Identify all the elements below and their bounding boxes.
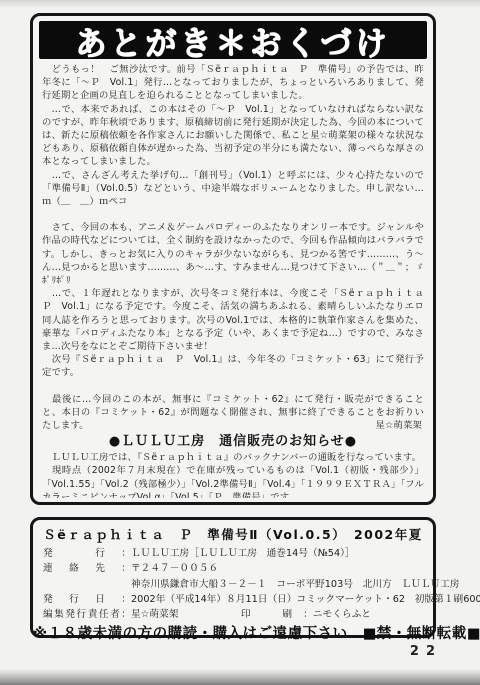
colophon-row-contact: 連絡先： 〒２４７－００５６ bbox=[33, 561, 433, 576]
mailorder-paragraph: ＬＵＬＵ工房では、『Ｓëｒａｐｈｉｔａ』のバックナンバーの通販を行なっています。 bbox=[42, 451, 424, 464]
colophon-value: 星☆萌菜架 bbox=[131, 607, 178, 622]
afterword-paragraph: 次号『Ｓëｒａｐｈｉｔａ Ｐ Vol.1』は、今年冬の「コミケット・63」にて発… bbox=[42, 353, 424, 379]
colophon-value: 神奈川県鎌倉市大船３－２－１ コーポ平野103号 北川方 ＬＵＬＵ工房 bbox=[131, 577, 460, 592]
colophon-label: 編集発行責任者： bbox=[43, 607, 131, 622]
colophon-row-pubdate: 発行日： 2002年（平成14年）８月11日（日）コミックマーケット・62 初版… bbox=[33, 592, 433, 607]
afterword-body: どうもっ！ ご無沙汰です。前号「Ｓëｒａｐｈｉｔａ Ｐ 準備号」の予告では、昨年… bbox=[33, 62, 433, 498]
colophon-row-address: 神奈川県鎌倉市大船３－２－１ コーポ平野103号 北川方 ＬＵＬＵ工房 bbox=[33, 577, 433, 592]
afterword-paragraph: さて、今回の本も、アニメ＆ゲームパロディーのふたなりオンリー本です。ジャンルや作… bbox=[42, 221, 424, 287]
colophon-label: 発 行： bbox=[43, 546, 131, 561]
afterword-paragraph: …で、１年遅れとなりますが、次号冬コミ発行本は、今度こそ「Ｓëｒａｐｈｉｔａ Ｐ… bbox=[42, 287, 424, 353]
afterword-box: あとがき＊おくづけ どうもっ！ ご無沙汰です。前号「Ｓëｒａｐｈｉｔａ Ｐ 準備… bbox=[30, 13, 436, 505]
colophon-label bbox=[43, 577, 131, 592]
page-title: あとがき＊おくづけ bbox=[76, 21, 391, 59]
colophon-label: 発行日： bbox=[43, 592, 131, 607]
mailorder-paragraph: 現時点（2002年７月末現在）で在庫が残っているものは「Vol.1（初版・残部少… bbox=[42, 464, 424, 498]
afterword-paragraph: …で、本来であれば、この本はその「～Ｐ Vol.1」となっていなければならない訳… bbox=[42, 103, 424, 169]
age-restriction-warning: ※１８歳未満の方の購読・購入はご遠慮下さい ■禁・無断転載■ bbox=[33, 625, 433, 643]
colophon-value: 2002年（平成14年）８月11日（日）コミックマーケット・62 初版第１刷60… bbox=[131, 592, 480, 607]
afterword-title-banner: あとがき＊おくづけ bbox=[39, 21, 427, 59]
scanned-afterword-page: あとがき＊おくづけ どうもっ！ ご無沙汰です。前号「Ｓëｒａｐｈｉｔａ Ｐ 準備… bbox=[0, 0, 480, 685]
afterword-paragraph: 最後に…今回のこの本が、無事に『コミケット・62』にて発行・販売ができることと、… bbox=[42, 393, 424, 433]
colophon-value: 〒２４７－００５６ bbox=[131, 561, 218, 576]
page-number: 22 bbox=[410, 644, 442, 659]
colophon-label: 印 刷： bbox=[241, 607, 313, 622]
colophon-value: ＬＵＬＵ工房［ＬＵＬＵ工房 通巻14号（№54）］ bbox=[131, 546, 355, 561]
closing-paragraph-block: 最後に…今回のこの本が、無事に『コミケット・62』にて発行・販売ができることと、… bbox=[42, 393, 424, 433]
colophon-row-publisher: 発 行： ＬＵＬＵ工房［ＬＵＬＵ工房 通巻14号（№54）］ bbox=[33, 546, 433, 561]
afterword-paragraph: どうもっ！ ご無沙汰です。前号「Ｓëｒａｐｈｉｔａ Ｐ 準備号」の予告では、昨年… bbox=[42, 63, 424, 103]
author-signature: 星☆萌菜架 bbox=[375, 419, 422, 432]
colophon-value: ニモくらふと bbox=[313, 607, 371, 622]
afterword-paragraph: …で、さんざん考えた挙げ句…「創刊号」（Vol.1）と呼ぶには、少々心持たないの… bbox=[42, 169, 424, 209]
mailorder-header: ●ＬＵＬＵ工房 通信販売のお知らせ● bbox=[42, 433, 424, 450]
colophon-row-editor-printer: 編集発行責任者： 星☆萌菜架 印 刷： ニモくらふと bbox=[33, 607, 433, 622]
colophon-title: Ｓëｒａｐｈｉｔａ Ｐ 準備号Ⅱ（Vol.0.5） 2002年夏 bbox=[33, 527, 433, 542]
colophon-label: 連絡先： bbox=[43, 561, 131, 576]
colophon-box: Ｓëｒａｐｈｉｔａ Ｐ 準備号Ⅱ（Vol.0.5） 2002年夏 発 行： ＬＵ… bbox=[30, 517, 436, 638]
